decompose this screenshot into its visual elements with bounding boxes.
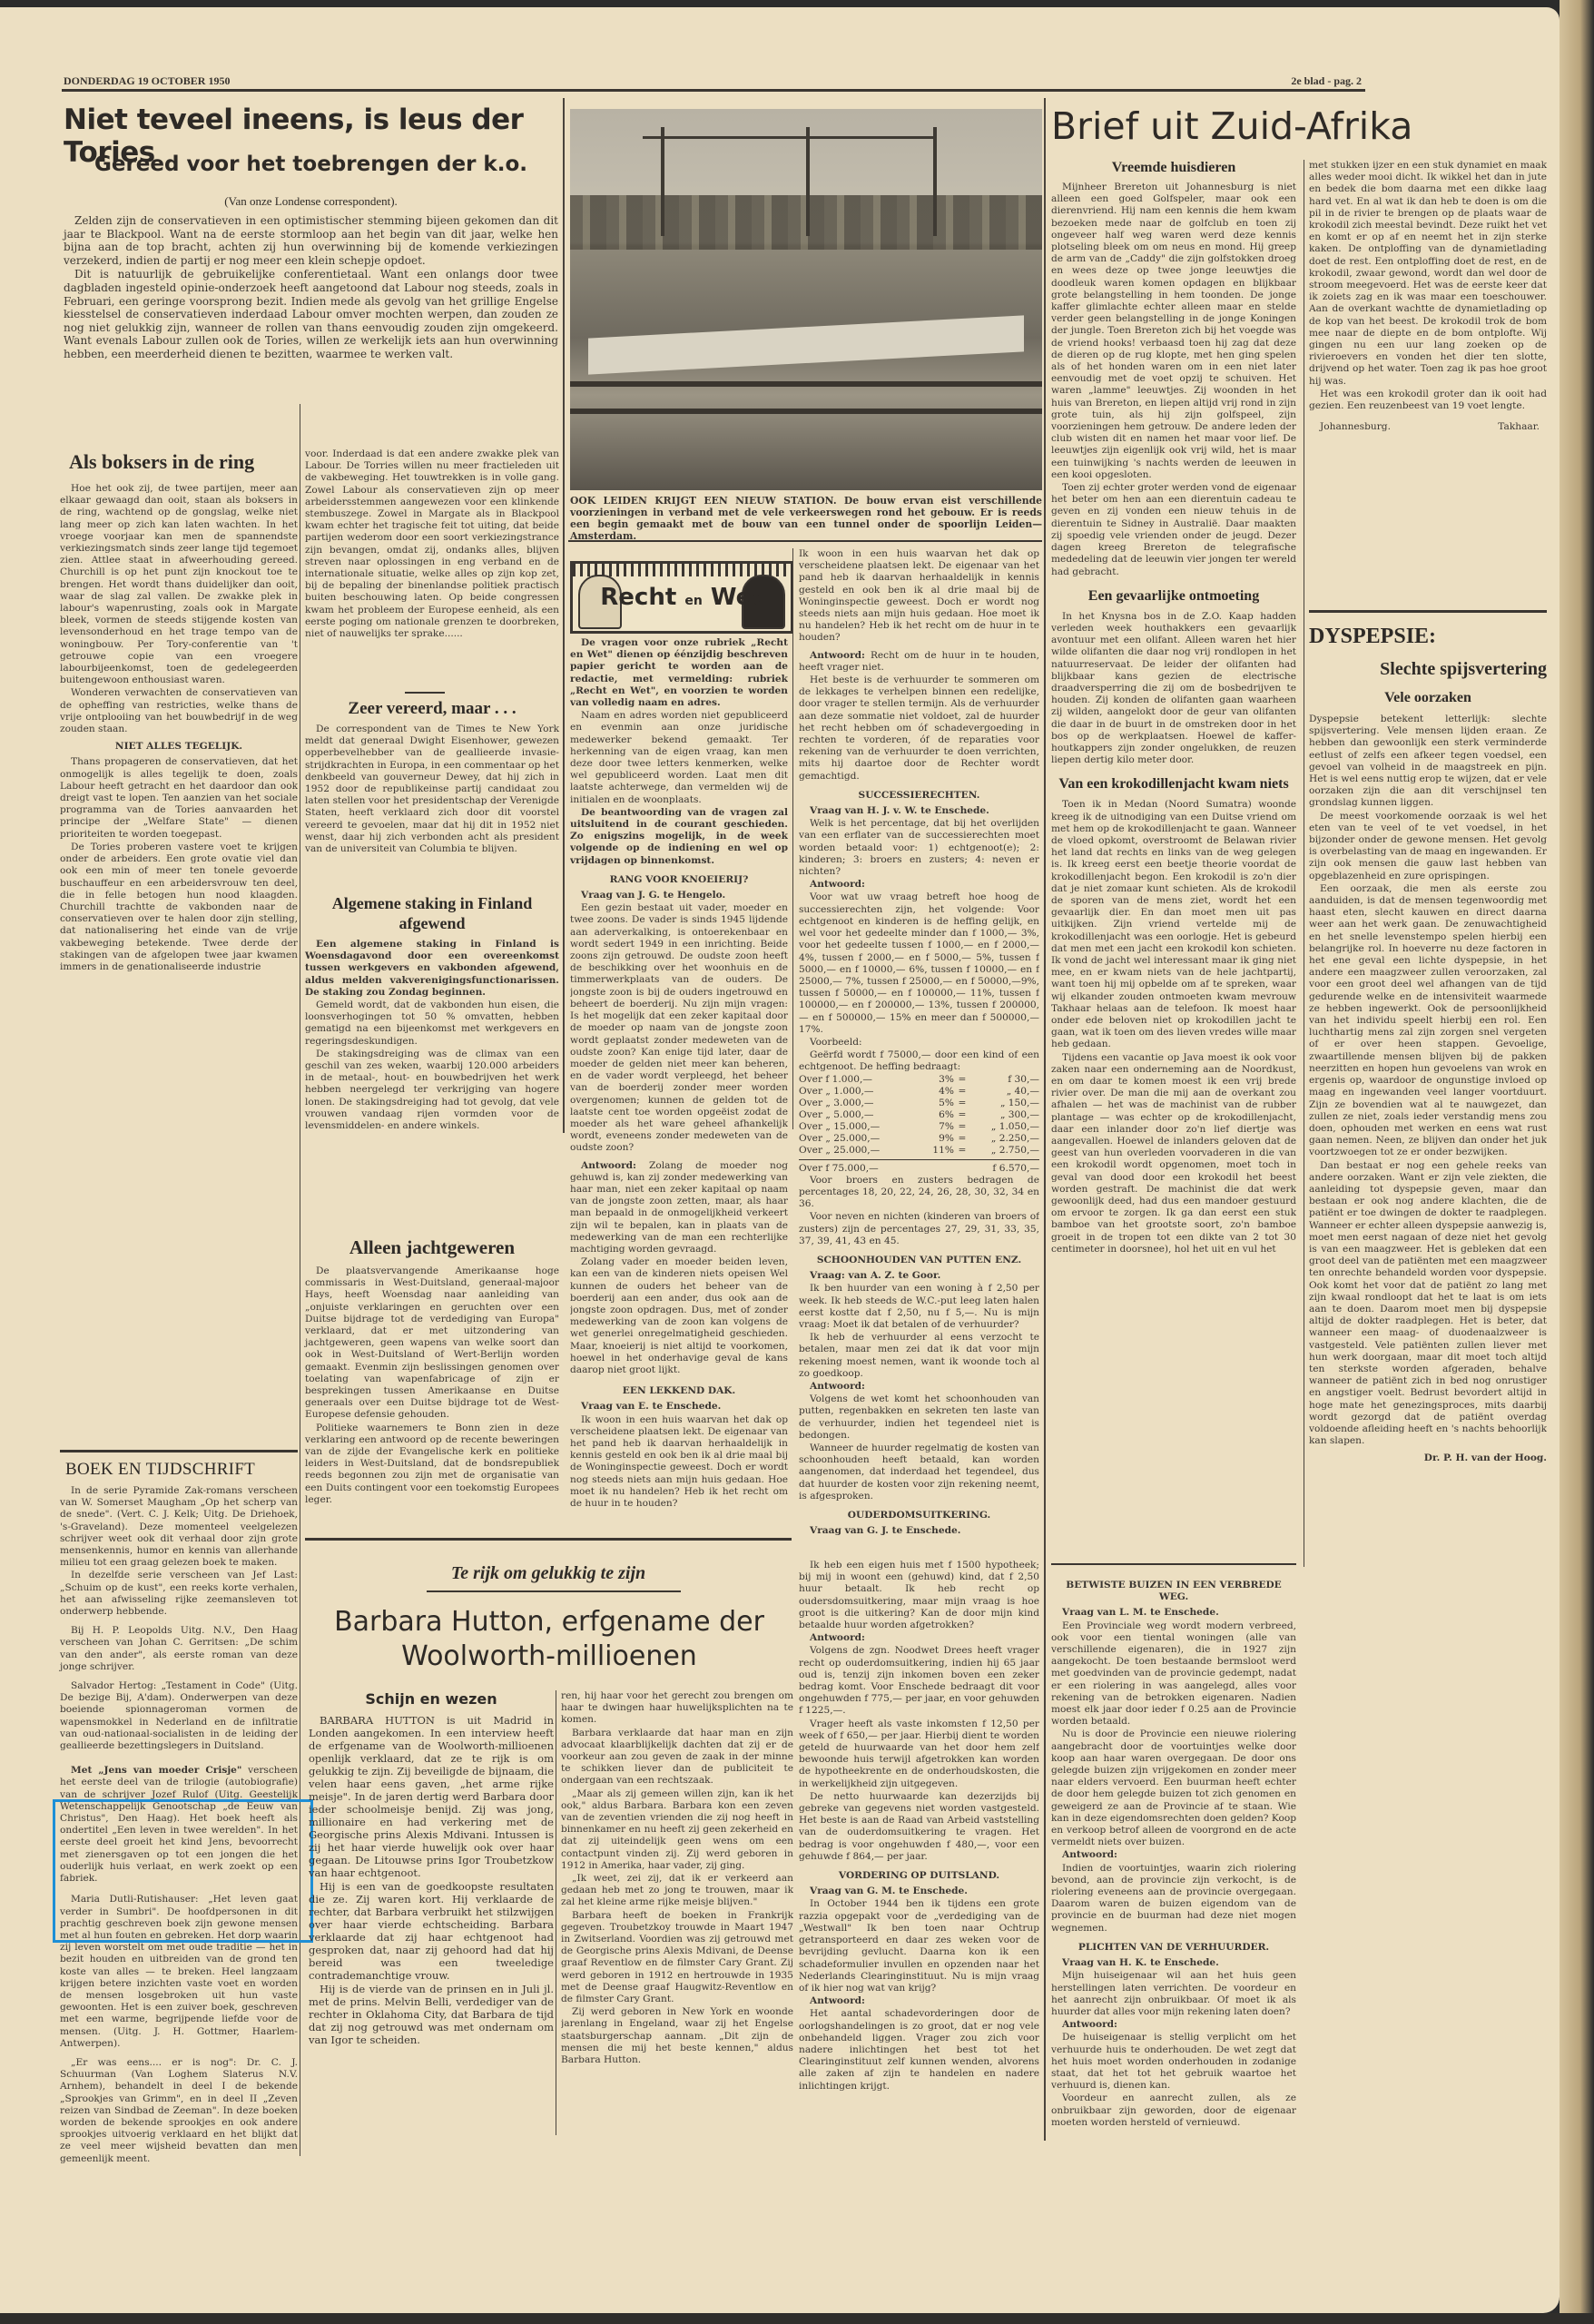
masthead-rule bbox=[62, 89, 1365, 92]
tories-byline: (Van onze Londense correspondent). bbox=[64, 194, 558, 209]
section-rule bbox=[568, 540, 1042, 542]
paragraph: „Maar als zij gemeen willen zijn, kan ik… bbox=[561, 1788, 793, 1872]
paragraph: Het was een krokodil groter dan ik ooit … bbox=[1309, 389, 1547, 412]
paragraph: Volgens de zgn. Noodwet Drees heeft vrag… bbox=[799, 1645, 1039, 1717]
kicker-underline bbox=[427, 1590, 681, 1592]
masthead-page: 2e blad - pag. 2 bbox=[1291, 74, 1362, 88]
paragraph: Voordeur en aanrecht zullen, als ze onbr… bbox=[1051, 2093, 1296, 2129]
hutton-col1: BARBARA HUTTON is uit Madrid in Londen a… bbox=[309, 1714, 554, 2141]
answer-label: Antwoord: bbox=[799, 1632, 1039, 1644]
answer-label: Antwoord: bbox=[799, 1381, 1039, 1393]
paragraph: Voor wat uw vraag betreft hoe hoog de su… bbox=[799, 891, 1039, 1035]
photo-caption: OOK LEIDEN KRIJGT EEN NIEUW STATION. De … bbox=[570, 495, 1042, 542]
example-label: Voorbeeld: bbox=[799, 1037, 1039, 1049]
eisenhower-headline: Zeer vereerd, maar . . . bbox=[305, 699, 559, 719]
paragraph: De beantwoording van de vragen zal uitsl… bbox=[570, 807, 788, 867]
paragraph: Toen ik in Medan (Noord Sumatra) woonde … bbox=[1051, 799, 1296, 1050]
paragraph: Toen zij echter groter werden vond de ei… bbox=[1051, 482, 1296, 578]
paragraph: Vrager heeft als vaste inkomsten f 12,50… bbox=[799, 1718, 1039, 1790]
heffing-row: Over „ 3.000,—5%=„ 150,— bbox=[799, 1098, 1039, 1109]
section-rule bbox=[60, 1450, 298, 1452]
paragraph: De netto huurwaarde kan dezerzijds bij g… bbox=[799, 1791, 1039, 1863]
paragraph: Een Provinciale weg wordt modern verbree… bbox=[1051, 1620, 1296, 1728]
tories-continuation: voor. Inderdaad is dat een andere zwakke… bbox=[305, 448, 559, 640]
eisenhower-article: De correspondent van de Times te New Yor… bbox=[305, 724, 559, 855]
paragraph: De meest voorkomende oorzaak is wel het … bbox=[1309, 811, 1547, 882]
paragraph: Het aantal schadevorderingen door de oor… bbox=[799, 2008, 1039, 2092]
finland-article: Een algemene staking in Finland is Woens… bbox=[305, 939, 559, 1132]
signature: Takhaar. bbox=[1498, 421, 1540, 433]
paragraph: Barbara heeft de boeken in Frankrijk geg… bbox=[561, 1910, 793, 2006]
paragraph: Dit is natuurlijk de gebruikelijke confe… bbox=[64, 268, 558, 360]
paragraph: De vragen voor onze rubriek „Recht en We… bbox=[570, 637, 788, 709]
paragraph: Naam en adres worden niet gepubliceerd e… bbox=[570, 710, 788, 806]
paragraph: Politieke waarnemers te Bonn zien in dez… bbox=[305, 1423, 559, 1506]
dyspepsie-subhead2: Vele oorzaken bbox=[1309, 690, 1547, 706]
paragraph: De huiseigenaar is stellig verplicht om … bbox=[1051, 2032, 1296, 2092]
boksers-heading: Als boksers in de ring bbox=[69, 450, 296, 474]
logo-title: Recht en Wet bbox=[600, 584, 763, 611]
paragraph: De stakingsdreiging was de climax van ee… bbox=[305, 1049, 559, 1132]
paragraph: Het beste is de verhuurder te sommeren o… bbox=[799, 675, 1039, 783]
paragraph: Ik heb de verhuurder al eens verzocht te… bbox=[799, 1332, 1039, 1380]
finland-headline: Algemene staking in Finland afgewend bbox=[305, 893, 559, 933]
answer-label: Antwoord: bbox=[799, 1995, 1039, 2007]
masthead: DONDERDAG 19 OCTOBER 1950 2e blad - pag.… bbox=[64, 74, 1362, 88]
review-paragraph: „Er was eens.... er is nog": Dr. C. J. S… bbox=[60, 2057, 298, 2165]
subheading: NIET ALLES TEGELIJK. bbox=[60, 741, 298, 753]
paragraph: Dyspepsie betekent letterlijk: slechte s… bbox=[1309, 714, 1547, 810]
answer-label: Antwoord: bbox=[799, 879, 1039, 891]
column-divider bbox=[1304, 160, 1304, 1567]
column-divider bbox=[1044, 98, 1046, 2141]
review-paragraph: In de serie Pyramide Zak-romans verschee… bbox=[60, 1485, 298, 1569]
heffing-row: Over „ 5.000,—6%=„ 300,— bbox=[799, 1109, 1039, 1121]
paragraph: Indien de voortuintjes, waarin zich riol… bbox=[1051, 1863, 1296, 1935]
heffing-row: Over „ 1.000,—4%=„ 40,— bbox=[799, 1086, 1039, 1098]
page-edge bbox=[1560, 0, 1594, 2324]
answer-label: Antwoord: bbox=[1051, 2019, 1296, 2031]
heffing-row: Over „ 25.000,—11%=„ 2.750,— bbox=[799, 1145, 1039, 1157]
paragraph: Gemeld wordt, dat de vakbonden hun eisen… bbox=[305, 1000, 559, 1048]
recht-en-wet-logo: Recht en Wet bbox=[570, 561, 793, 634]
paragraph: Wonderen verwachten de conservatieven va… bbox=[60, 687, 298, 735]
answer-label: Antwoord: bbox=[1051, 1849, 1296, 1861]
boek-headline: BOEK EN TIJDSCHRIFT bbox=[65, 1460, 301, 1480]
paragraph: Ik woon in een huis waarvan het dak op v… bbox=[570, 1414, 788, 1511]
heffing-row: Over „ 15.000,—7%=„ 1.050,— bbox=[799, 1121, 1039, 1133]
paragraph: Voor neven en nichten (kinderen van broe… bbox=[799, 1211, 1039, 1247]
section-rule bbox=[1051, 1563, 1296, 1565]
paragraph: met stukken ijzer en een stuk dynamiet e… bbox=[1309, 160, 1547, 388]
scan-bottom-edge bbox=[0, 2313, 1594, 2324]
tories-intro: Zelden zijn de conservatieven in een opt… bbox=[64, 214, 558, 361]
boksers-column: Hoe het ook zij, de twee partijen, meer … bbox=[60, 483, 298, 1300]
dyspepsie-article: Dyspepsie betekent letterlijk: slechte s… bbox=[1309, 714, 1547, 2166]
recht-en-wet-col2: Ik woon in een huis waarvan het dak op v… bbox=[799, 548, 1039, 1556]
section-rule bbox=[1309, 610, 1547, 613]
question-from: Vraag van G. J. te Enschede. bbox=[799, 1525, 1039, 1537]
zuidafrika-col1: Mijnheer Brereton uit Johannesburg is ni… bbox=[1051, 182, 1296, 1616]
column-divider bbox=[563, 98, 565, 1133]
paragraph: Geërfd wordt f 75000,— door een kind of … bbox=[799, 1049, 1039, 1073]
question-from: Vraag: van A. Z. te Goor. bbox=[799, 1270, 1039, 1282]
paragraph: Nu is door de Provincie een nieuwe riole… bbox=[1051, 1728, 1296, 1848]
subheading: RANG VOOR KNOEIERIJ? bbox=[570, 874, 788, 886]
question-from: Vraag van L. M. te Enschede. bbox=[1051, 1607, 1296, 1619]
paragraph: Mijn huiseigenaar wil aan het huis geen … bbox=[1051, 1970, 1296, 2018]
short-rule bbox=[405, 692, 445, 694]
review-paragraph: In dezelfde serie verscheen van Jef Last… bbox=[60, 1570, 298, 1618]
review-paragraph: Salvador Hertog: „Testament in Code" (Ui… bbox=[60, 1680, 298, 1752]
zuidafrika-col2: met stukken ijzer en een stuk dynamiet e… bbox=[1309, 160, 1547, 433]
jachtgeweren-article: De plaatsvervangende Amerikaanse hoge co… bbox=[305, 1265, 559, 1506]
paragraph: Zolang vader en moeder beiden leven, kan… bbox=[570, 1256, 788, 1376]
hutton-subhead: Schijn en wezen bbox=[309, 1690, 554, 1708]
paragraph: In October 1944 ben ik tijdens een grote… bbox=[799, 1898, 1039, 1994]
hutton-col2: ren, hij haar voor het gerecht zou breng… bbox=[561, 1690, 793, 2140]
subheading: EEN LEKKEND DAK. bbox=[570, 1385, 788, 1397]
subheading: VORDERING OP DUITSLAND. bbox=[799, 1870, 1039, 1882]
tories-subhead: Gereed voor het toebrengen der k.o. bbox=[64, 153, 558, 176]
recht-en-wet-col2-lower: Ik heb een eigen huis met f 1500 hypothe… bbox=[799, 1560, 1039, 2141]
paragraph: De Tories proberen vastere voet te krijg… bbox=[60, 842, 298, 973]
heffing-table: Over f 1.000,—3%=f 30,—Over „ 1.000,—4%=… bbox=[799, 1074, 1039, 1157]
zuidafrika-headline: Brief uit Zuid-Afrika bbox=[1051, 105, 1323, 147]
question-from: Vraag van E. te Enschede. bbox=[570, 1401, 788, 1413]
paragraph: BARBARA HUTTON is uit Madrid in Londen a… bbox=[309, 1714, 554, 1879]
paragraph: Hoe het ook zij, de twee partijen, meer … bbox=[60, 483, 298, 686]
question-from: Vraag van J. G. te Hengelo. bbox=[570, 890, 788, 901]
paragraph: De correspondent van de Times te New Yor… bbox=[305, 724, 559, 855]
paragraph: Een oorzaak, die men als eerste zou aand… bbox=[1309, 883, 1547, 1159]
subheading: Van een krokodillenjacht kwam niets bbox=[1051, 775, 1296, 793]
subheading: SCHOONHOUDEN VAN PUTTEN ENZ. bbox=[799, 1255, 1039, 1266]
signoff: Johannesburg. Takhaar. bbox=[1309, 421, 1547, 433]
paragraph: Zij werd geboren in New York en woonde j… bbox=[561, 2006, 793, 2066]
jachtgeweren-headline: Alleen jachtgeweren bbox=[305, 1236, 559, 1259]
paragraph: Barbara verklaarde dat haar man en zijn … bbox=[561, 1728, 793, 1787]
paragraph: Mijnheer Brereton uit Johannesburg is ni… bbox=[1051, 182, 1296, 481]
question-from: Vraag van G. M. te Enschede. bbox=[799, 1886, 1039, 1897]
paragraph: Wanneer de huurder regelmatig de kosten … bbox=[799, 1443, 1039, 1502]
heffing-row: Over „ 25.000,—9%=„ 2.250,— bbox=[799, 1133, 1039, 1145]
book-title: Met „Jens van moeder Crisje" bbox=[71, 1765, 241, 1776]
paragraph: „Ik weet, zei zij, dat ik er verkeerd aa… bbox=[561, 1873, 793, 1909]
paragraph: ren, hij haar voor het gerecht zou breng… bbox=[561, 1690, 793, 1727]
heffing-total: Over f 75.000,— f 6.570,— bbox=[799, 1159, 1039, 1175]
paragraph: De plaatsvervangende Amerikaanse hoge co… bbox=[305, 1265, 559, 1422]
answer-text: Zolang de moeder nog gehuwd is, kan zij … bbox=[570, 1160, 788, 1255]
paragraph: Hij is een van de goedkoopste resultaten… bbox=[309, 1880, 554, 1982]
question-from: Vraag van H. K. te Enschede. bbox=[1051, 1957, 1296, 1969]
heffing-row: Over f 1.000,—3%=f 30,— bbox=[799, 1074, 1039, 1086]
signature: Dr. P. H. van der Hoog. bbox=[1309, 1452, 1547, 1464]
lead-paragraph: Een algemene staking in Finland is Woens… bbox=[305, 939, 559, 999]
subheading: PLICHTEN VAN DE VERHUURDER. bbox=[1051, 1942, 1296, 1954]
answer-label: Antwoord: bbox=[581, 1160, 636, 1171]
paragraph: Thans propageren de conservatieven, dat … bbox=[60, 756, 298, 840]
paragraph: Dan bestaat er nog een gehele reeks van … bbox=[1309, 1160, 1547, 1448]
section-rule bbox=[305, 1538, 792, 1541]
dyspepsie-headline: DYSPEPSIE: bbox=[1309, 625, 1547, 649]
paragraph: Hij is de vierde van de prinsen en in Ju… bbox=[309, 1983, 554, 2046]
column-divider bbox=[556, 1690, 556, 2135]
hutton-kicker: Te rijk om gelukkig te zijn bbox=[305, 1563, 792, 1584]
review-paragraph: Bij H. P. Leopolds Uitg. N.V., Den Haag … bbox=[60, 1625, 298, 1673]
selection-highlight[interactable] bbox=[53, 1799, 313, 1943]
masthead-date: DONDERDAG 19 OCTOBER 1950 bbox=[64, 74, 230, 88]
subheading: SUCCESSIERECHTEN. bbox=[799, 790, 1039, 802]
station-photo bbox=[570, 109, 1042, 490]
paragraph: Volgens de wet komt het schoonhouden van… bbox=[799, 1393, 1039, 1442]
paragraph: Een gezin bestaat uit vader, moeder en t… bbox=[570, 902, 788, 1154]
paragraph: Ik woon in een huis waarvan het dak op v… bbox=[799, 548, 1039, 645]
hutton-headline: Barbara Hutton, erfgename der Woolworth-… bbox=[309, 1605, 790, 1674]
paragraph: voor. Inderdaad is dat een andere zwakke… bbox=[305, 448, 559, 640]
subheading: BETWISTE BUIZEN IN EEN VERBREDE WEG. bbox=[1051, 1580, 1296, 1603]
subheading: OUDERDOMSUITKERING. bbox=[799, 1510, 1039, 1521]
paragraph: Tijdens een vacantie op Java moest ik oo… bbox=[1051, 1052, 1296, 1256]
recht-en-wet-col3: BETWISTE BUIZEN IN EEN VERBREDE WEG. Vra… bbox=[1051, 1580, 1296, 2142]
paragraph: Ik ben huurder van een woning à f 2,50 p… bbox=[799, 1283, 1039, 1331]
answer-label: Antwoord: bbox=[810, 650, 865, 661]
question-from: Vraag van H. J. v. W. te Enschede. bbox=[799, 805, 1039, 817]
place: Johannesburg. bbox=[1320, 421, 1391, 433]
column-divider bbox=[792, 548, 793, 1129]
zuidafrika-sub1: Vreemde huisdieren bbox=[1051, 160, 1296, 176]
paragraph: Zelden zijn de conservatieven in een opt… bbox=[64, 214, 558, 267]
subheading: Een gevaarlijke ontmoeting bbox=[1051, 587, 1296, 606]
dyspepsie-subhead: Slechte spijsvertering bbox=[1334, 659, 1547, 680]
paragraph: In het Knysna bos in de Z.O. Kaap hadden… bbox=[1051, 611, 1296, 767]
paragraph: Welk is het percentage, dat bij het over… bbox=[799, 818, 1039, 878]
paragraph: Voor broers en zusters bedragen de perce… bbox=[799, 1175, 1039, 1211]
paragraph: Ik heb een eigen huis met f 1500 hypothe… bbox=[799, 1560, 1039, 1631]
